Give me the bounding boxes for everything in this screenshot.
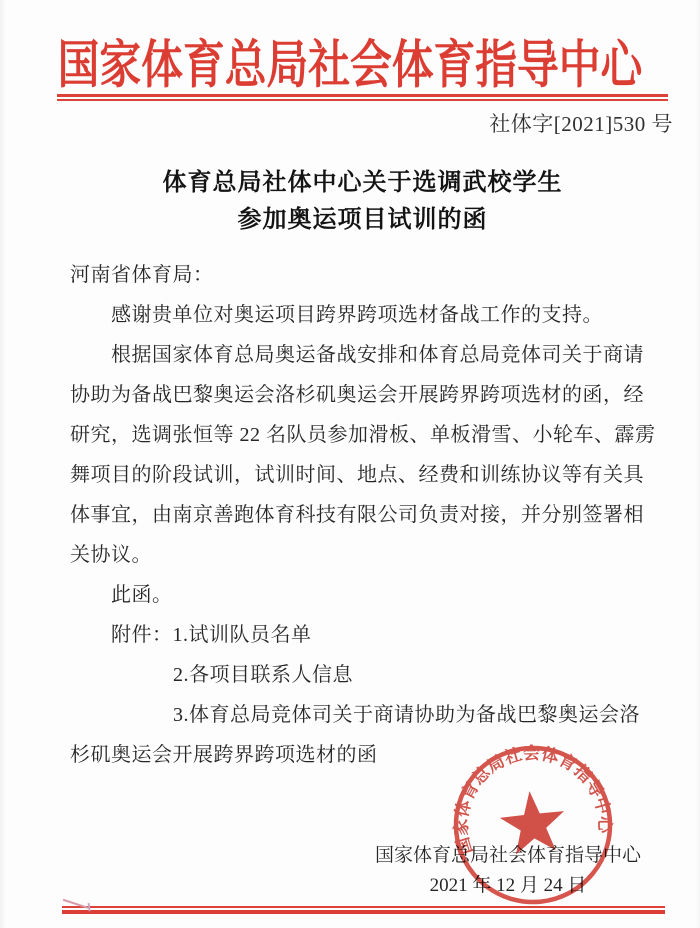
body-line-salutation: 河南省体育局： [70,255,660,295]
body-line: 体事宜，由南京善跑体育科技有限公司负责对接，并分别签署相 [70,495,660,535]
attachment-item-2: 2.各项目联系人信息 [70,655,660,695]
body-line: 感谢贵单位对奥运项目跨界跨项选材备战工作的支持。 [70,295,660,335]
body-line: 协助为备战巴黎奥运会洛杉矶奥运会开展跨界跨项选材的函，经 [70,375,660,415]
document-page: 国家体育总局社会体育指导中心 社体字[2021]530 号 体育总局社体中心关于… [0,0,700,928]
document-title-line2: 参加奥运项目试训的函 [70,202,655,239]
document-number: 社体字[2021]530 号 [489,108,673,138]
document-title-line1: 体育总局社体中心关于选调武校学生 [70,165,655,202]
document-body: 河南省体育局： 感谢贵单位对奥运项目跨界跨项选材备战工作的支持。 根据国家体育总… [70,255,660,775]
body-line: 舞项目的阶段试训，试训时间、地点、经费和训练协议等有关具 [70,455,660,495]
footer-divider-line [62,906,665,914]
attachment-item-3: 3.体育总局竞体司关于商请协助为备战巴黎奥运会洛 [70,695,660,735]
attachment-item-1: 附件：1.试训队员名单 [70,615,660,655]
letterhead-org-name: 国家体育总局社会体育指导中心 [46,23,655,98]
letterhead-divider-line [57,94,668,101]
body-line: 研究，选调张恒等 22 名队员参加滑板、单板滑雪、小轮车、霹雳 [70,415,660,455]
body-line: 关协议。 [70,535,660,575]
official-seal: 国家体育总局社会体育指导中心 [442,734,624,916]
body-line-closing: 此函。 [70,575,660,615]
body-line: 根据国家体育总局奥运备战安排和体育总局竞体司关于商请 [70,335,660,375]
seal-star-icon [497,788,568,856]
document-title: 体育总局社体中心关于选调武校学生 参加奥运项目试训的函 [70,165,655,239]
